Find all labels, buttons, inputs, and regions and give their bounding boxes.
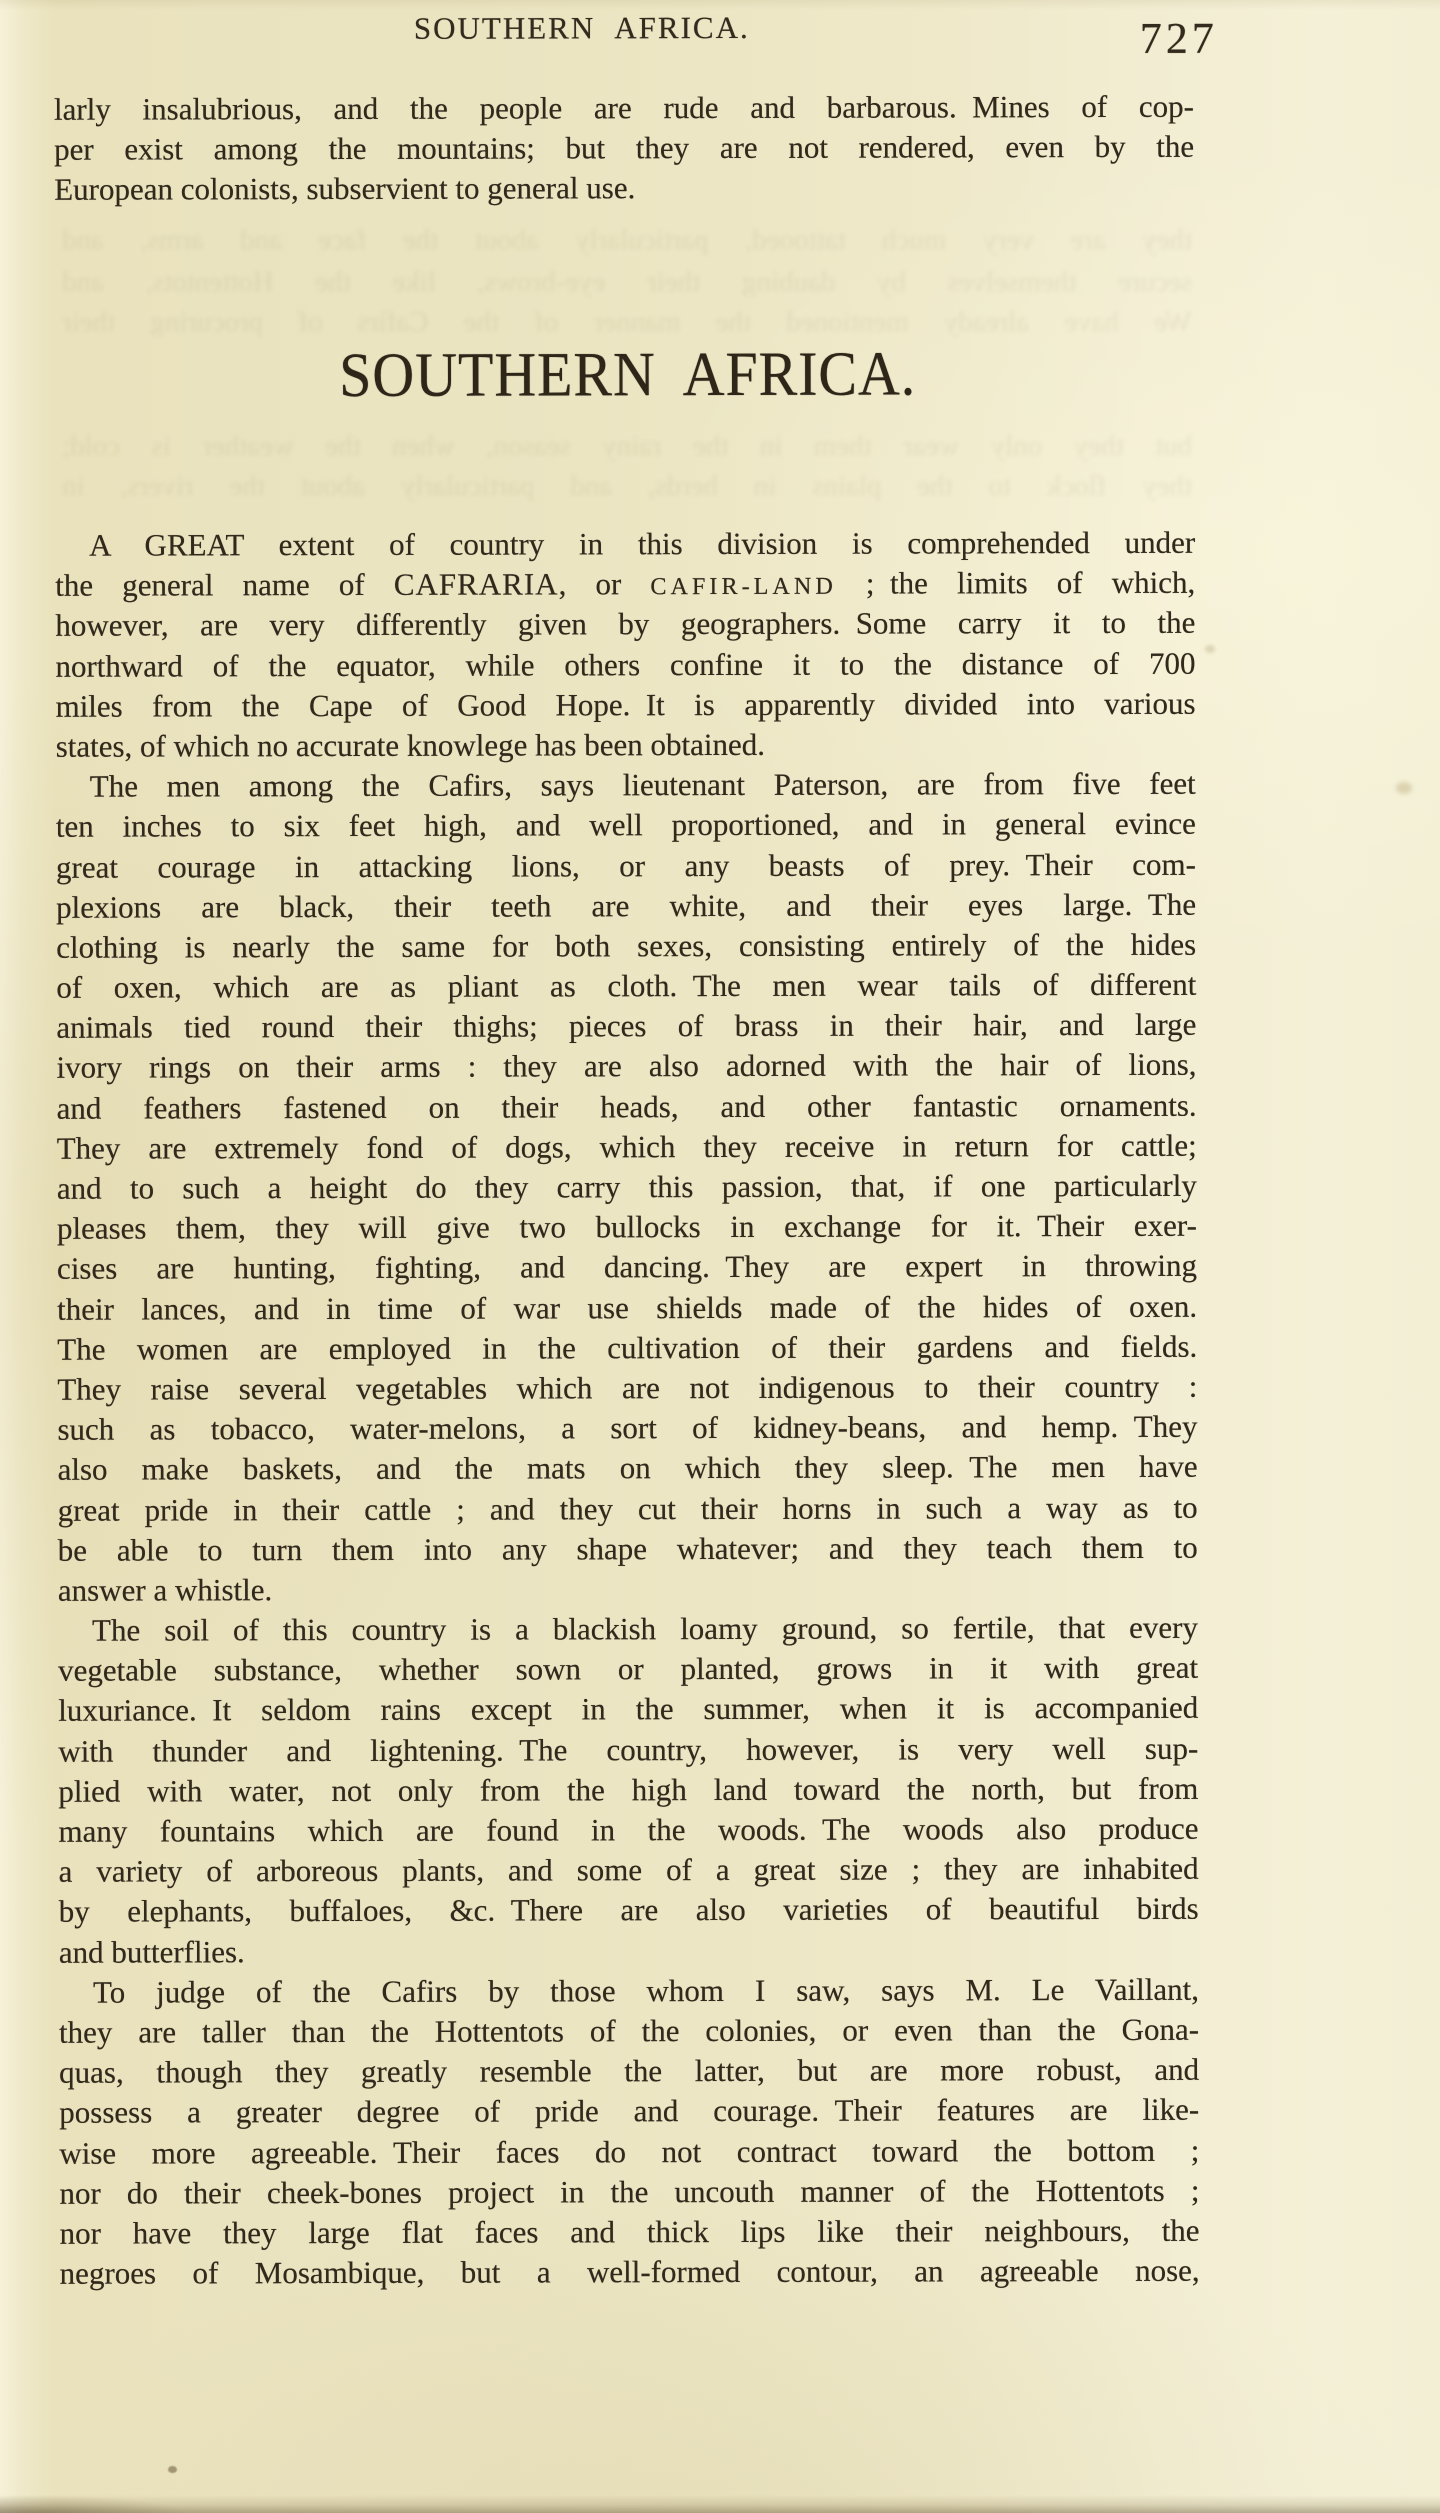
text-line: vegetable substance, whether sown or pla… [58,1648,1198,1691]
emphasized-text: CAFRARIA [394,567,559,602]
text-line: per exist among the mountains; but they … [54,127,1194,170]
body-text: A GREAT extent of country in this divisi… [55,523,1200,2294]
text-line: their lances, and in time of war use shi… [57,1286,1197,1329]
text-line: great pride in their cattle ; and they c… [58,1487,1198,1530]
text-line: pleases them, they will give two bullock… [57,1206,1197,1249]
book-page: they are very much tattooed, particularl… [0,0,1440,2513]
text-line: and feathers fastened on their heads, an… [57,1085,1197,1128]
text-line: wise more agreeable. Their faces do not … [59,2130,1199,2173]
text-line: a variety of arboreous plants, and some … [59,1849,1199,1892]
text-line: they are taller than the Hottentots of t… [59,2010,1199,2053]
text-line: answer a whistle. [58,1568,1198,1611]
text-line: plied with water, not only from the high… [58,1769,1198,1812]
text-segment: ; the limits of which, [837,565,1196,601]
text-line: be able to turn them into any shape what… [58,1527,1198,1570]
text-line: A GREAT extent of country in this divisi… [55,523,1195,566]
text-line: and to such a height do they carry this … [57,1166,1197,1209]
text-line: such as tobacco, water-melons, a sort of… [57,1407,1197,1450]
section-heading: SOUTHERN AFRICA. [48,337,1207,413]
emphasized-text: Cafir-land [650,573,836,600]
text-line: European colonists, subservient to gener… [54,167,1194,210]
carryover-paragraph: larly insalubrious, and the people are r… [54,87,1194,211]
text-line: The women are employed in the cultivatio… [57,1327,1197,1370]
printed-text-layer: SOUTHERN AFRICA. 727 larly insalubrious,… [0,0,1440,2513]
text-line: states, of which no accurate knowlege ha… [56,724,1196,767]
text-line: however, are very differently given by g… [55,603,1195,646]
text-line: also make baskets, and the mats on which… [58,1447,1198,1490]
text-segment: , or [559,566,651,601]
text-line: luxuriance. It seldom rains except in th… [58,1688,1198,1731]
text-line: animals tied round their thighs; pieces … [56,1005,1196,1048]
text-line: negroes of Mosambique, but a well-formed… [60,2251,1200,2294]
text-line: clothing is nearly the same for both sex… [56,925,1196,968]
text-line: northward of the equator, while others c… [55,643,1195,686]
text-line: cises are hunting, fighting, and dancing… [57,1246,1197,1289]
text-line: great courage in attacking lions, or any… [56,844,1196,887]
text-line: The men among the Cafirs, says lieutenan… [56,764,1196,807]
text-line: ivory rings on their arms : they are als… [56,1045,1196,1088]
page-number: 727 [1140,13,1218,64]
text-line: They raise several vegetables which are … [57,1367,1197,1410]
text-line: and butterflies. [59,1929,1199,1972]
text-line: The soil of this country is a blackish l… [58,1608,1198,1651]
text-line: with thunder and lightening. The country… [58,1728,1198,1771]
text-line: nor do their cheek-bones project in the … [59,2170,1199,2213]
text-line: the general name of CAFRARIA, or Cafir-l… [55,563,1195,606]
text-line: by elephants, buffaloes, &c. There are a… [59,1889,1199,1932]
text-line: nor have they large flat faces and thick… [60,2211,1200,2254]
text-line: They are extremely fond of dogs, which t… [57,1126,1197,1169]
text-segment: the general name of [55,567,394,603]
text-line: miles from the Cape of Good Hope. It is … [56,684,1196,727]
text-line: plexions are black, their teeth are whit… [56,884,1196,927]
text-line: possess a greater degree of pride and co… [59,2090,1199,2133]
text-line: many fountains which are found in the wo… [58,1809,1198,1852]
text-line: of oxen, which are as pliant as cloth. T… [56,965,1196,1008]
text-line: To judge of the Cafirs by those whom I s… [59,1969,1199,2012]
text-line: quas, though they greatly resemble the l… [59,2050,1199,2093]
running-head: SOUTHERN AFRICA. [0,9,1167,48]
text-line: ten inches to six feet high, and well pr… [56,804,1196,847]
text-line: larly insalubrious, and the people are r… [54,87,1194,130]
